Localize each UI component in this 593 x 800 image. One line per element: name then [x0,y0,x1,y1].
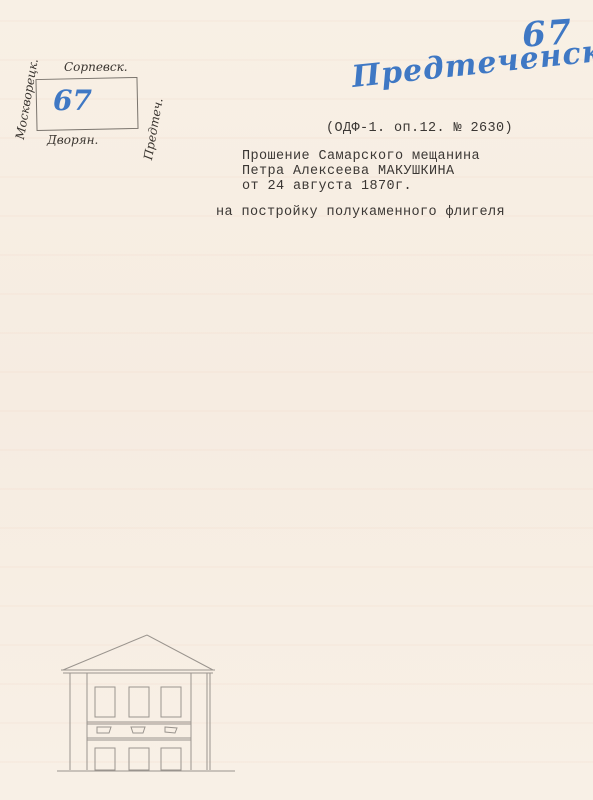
stamp-number: 67 [53,84,92,117]
building-facade-drawing [55,630,245,780]
stamp-bottom-label: Дворян. [47,133,98,147]
petition-subject: на постройку полукаменного флигеля [216,205,505,220]
handwritten-title: Предтеченск [350,34,593,95]
petition-line: Петра Алексеева МАКУШКИНА [242,164,455,179]
document-page: 67 Предтеченск 67 Сорпевск. Дворян. Моск… [0,0,593,800]
petition-line: Прошение Самарского мещанина [242,149,480,164]
archive-reference: (ОДФ-1. оп.12. № 2630) [326,121,513,136]
stamp-top-label: Сорпевск. [64,60,128,74]
petition-line: от 24 августа 1870г. [242,179,412,194]
stamp-right-label: Предтеч. [141,97,166,161]
